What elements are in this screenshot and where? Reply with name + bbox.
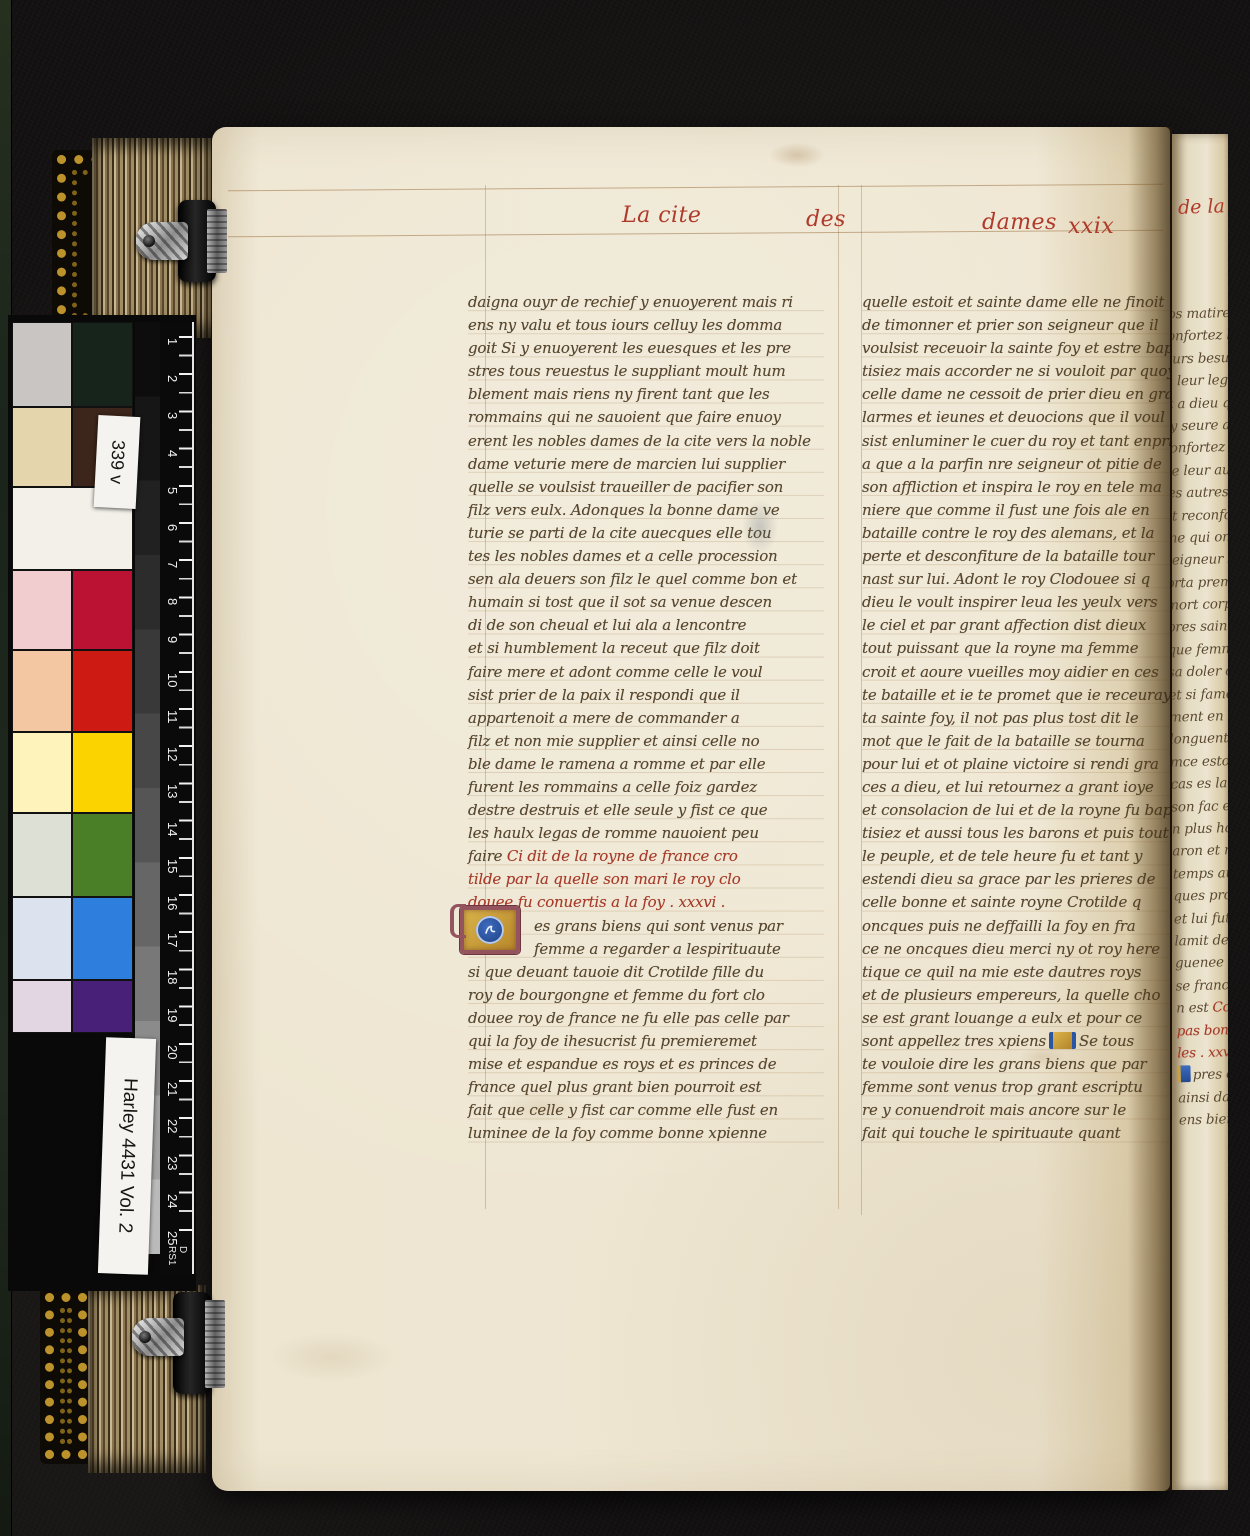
decorated-initial-D <box>460 906 520 954</box>
recto-fragment-line: n est Contre ce <box>1176 995 1228 1020</box>
binder-clip-top-plate <box>207 209 227 273</box>
ruler-number: 9 <box>165 636 179 643</box>
recto-fragment-line: ne leur autre si le <box>1172 457 1228 482</box>
inline-decorated-initial <box>1049 1032 1076 1049</box>
recto-fragment-line: ainsi dame <box>1178 1084 1228 1109</box>
recto-fragment-line: la leur legendes tu <box>1172 368 1228 393</box>
ruler-number: 23 <box>165 1156 179 1170</box>
manuscript-line: a que a la parfin nre seigneur ot pitie … <box>862 453 1170 476</box>
manuscript-line: destre destruis et elle seule y fist ce … <box>468 799 824 822</box>
manuscript-line: re y conuendroit mais ancore sur le <box>862 1099 1170 1122</box>
manuscript-line: tisiez mais accorder ne si vouloit par q… <box>862 360 1170 383</box>
ruler-ticks <box>179 336 192 1242</box>
text-column-right: quelle estoit et sainte dame elle ne fin… <box>862 291 1170 1153</box>
manuscript-line: te bataille et ie te promet que ie receu… <box>862 684 1170 707</box>
recto-decorated-initial <box>1178 1065 1191 1082</box>
ruler-number: 7 <box>165 561 179 568</box>
manuscript-line: france quel plus grant bien pourroit est <box>468 1076 824 1099</box>
manuscript-line: furent les rommains a celle foiz gardez <box>468 776 824 799</box>
ruler-number: 2 <box>165 375 179 382</box>
manuscript-line: et de plusieurs empereurs, la quelle cho <box>862 984 1170 1007</box>
manuscript-line: tisiez et aussi tous les barons et puis … <box>862 822 1170 845</box>
recto-fragment-line: et si fame et ce <box>1172 681 1228 706</box>
gold-tooled-cover-corner-bottom <box>40 1288 92 1464</box>
ruler-number: 16 <box>165 896 179 910</box>
manuscript-line: niere que comme il fust une fois ale en <box>862 499 1170 522</box>
manuscript-line: quelle estoit et sainte dame elle ne fin… <box>862 291 1170 314</box>
manuscript-line: voulsist receuoir la sainte foy et estre… <box>862 337 1170 360</box>
recto-fragment-line: st a dieu que tout <box>1172 390 1228 415</box>
recto-fragment-line: seigneur saint de <box>1172 547 1228 572</box>
manuscript-line: mot que le fait de la bataille se tourna <box>862 730 1170 753</box>
manuscript-line: tilde par la quelle son mari le roy clo <box>468 868 824 891</box>
recto-fragment-line: sa doler ordena q <box>1172 659 1228 684</box>
manuscript-line: celle dame ne cessoit de prier dieu en g… <box>862 383 1170 406</box>
manuscript-line: fait que celle y fist car comme elle fus… <box>468 1099 824 1122</box>
manuscript-line: fait qui touche le spirituaute quant <box>862 1122 1170 1145</box>
manuscript-line: luminee de la foy comme bonne xpienne <box>468 1122 824 1145</box>
manuscript-line: le peuple, et de tele heure fu et tant y <box>862 845 1170 868</box>
ruler-number: 6 <box>165 524 179 531</box>
manuscript-line: sont appellez tres xpiensSe tous <box>862 1030 1170 1053</box>
recto-text-fragments: nos matires si queconfortez hebergezleur… <box>1172 301 1228 1132</box>
color-swatch-pale <box>12 322 72 407</box>
initial-roundel <box>476 916 504 944</box>
recto-fragment-line: mce estoit cau <box>1172 748 1228 773</box>
recto-fragment-line: guenee visques a d <box>1175 950 1228 975</box>
manuscript-line: sist prier de la paix il respondi que il <box>468 684 824 707</box>
manuscript-line: goit Si y enuoyerent les euesques et les… <box>468 337 824 360</box>
manuscript-line: ces a dieu, et lui retournez a grant ioy… <box>862 776 1170 799</box>
ruler-number: 25 <box>165 1231 179 1245</box>
recto-fragment-line: mort corps et ceulx <box>1172 592 1228 617</box>
color-swatch-pale <box>12 813 72 897</box>
binder-clip-bottom-lever <box>132 1318 184 1356</box>
ruler-number: 24 <box>165 1194 179 1208</box>
manuscript-line: larmes et ieunes et deuocions que il vou… <box>862 406 1170 429</box>
manuscript-line: tique ce quil na mie este dautres roys <box>862 961 1170 984</box>
shelfmark-label: Harley 4431 Vol. 2 <box>98 1037 156 1275</box>
recto-page-edge: de la nos matires si queconfortez heberg… <box>1172 134 1228 1490</box>
recto-fragment-line: se france dagobert <box>1175 972 1228 997</box>
ruler-number: 22 <box>165 1119 179 1133</box>
shelfmark-label-text: Harley 4431 Vol. 2 <box>113 1078 140 1234</box>
color-swatch-pale <box>12 407 72 487</box>
manuscript-line: sist enluminer le cuer du roy et tant en… <box>862 430 1170 453</box>
calibration-ruler: 1234567891011121314151617181920212223242… <box>160 322 194 1274</box>
manuscript-line: si que deuant tauoie dit Crotilde fille … <box>468 961 824 984</box>
color-swatch-pale <box>12 732 72 813</box>
manuscript-line: humain si tost que il sot sa venue desce… <box>468 591 824 614</box>
ruler-number: 3 <box>165 412 179 419</box>
manuscript-line: ens ny valu et tous iours celluy les dom… <box>468 314 824 337</box>
recto-fragment-line: pres ces chos <box>1177 1062 1228 1087</box>
manuscript-line: roy de bourgongne et femme du fort clo <box>468 984 824 1007</box>
color-swatch-pale <box>12 980 72 1033</box>
manuscript-line: oncques puis ne deffailli la foy en fra <box>862 915 1170 938</box>
manuscript-line: son affliction et inspira le roy en tele… <box>862 476 1170 499</box>
recto-fragment-line: que femme car le <box>1172 636 1228 661</box>
manuscript-line: rommains qui ne sauoient que faire enuoy <box>468 406 824 429</box>
manuscript-line: qui la foy de ihesucrist fu premieremet <box>468 1030 824 1053</box>
recto-fragment-line: ens biens sont be <box>1179 1106 1228 1131</box>
recto-fragment-line: les . xxvb . <box>1177 1039 1228 1064</box>
binder-clip-top-lever <box>136 222 188 260</box>
manuscript-line: blement mais riens ny firent tant que le… <box>468 383 824 406</box>
recto-fragment-line: temps auenir fu <box>1173 860 1228 885</box>
manuscript-line: ble dame le ramena a romme et par elle <box>468 753 824 776</box>
running-header-word-4: xxix <box>1068 214 1114 239</box>
recto-fragment-line: ques prousdomes <box>1173 883 1228 908</box>
manuscript-line: femme a regarder a lespirituaute <box>534 938 824 961</box>
ruler-number: 5 <box>165 487 179 494</box>
color-swatch-saturated <box>72 322 133 407</box>
manuscript-line: nast sur lui. Adont le roy Clodouee si q <box>862 568 1170 591</box>
recto-fragment-line: confortez hebergez <box>1172 323 1228 348</box>
manuscript-line: quelle se voulsist traueiller de pacifie… <box>468 476 824 499</box>
running-header-word-1: La cite <box>622 203 701 228</box>
manuscript-line: croit et aoure vueilles moy aidier en ce… <box>862 661 1170 684</box>
manuscript-line: te vouloie dire les grans biens que par <box>862 1053 1170 1076</box>
manuscript-line: tout puissant que la royne ma femme <box>862 637 1170 660</box>
manuscript-line: douee roy de france ne fu elle pas celle… <box>468 1007 824 1030</box>
ruler-number: 11 <box>165 710 179 724</box>
recto-fragment-line: pas bon que fem <box>1176 1017 1228 1042</box>
binder-clip-bottom-plate <box>205 1300 225 1388</box>
recto-fragment-line: n plus honorablem <box>1172 815 1228 840</box>
manuscript-line: douee fu conuertis a la foy . xxxvi . <box>468 891 824 914</box>
recto-fragment-line: nos matires si que <box>1172 301 1228 326</box>
ruler-number: 19 <box>165 1008 179 1022</box>
manuscript-line: di de son cheual et lui ala a lencontre <box>468 614 824 637</box>
ruler-number: 13 <box>165 784 179 798</box>
manuscript-line: se est grant louange a eulx et pour ce <box>862 1007 1170 1030</box>
manuscript-line: turie se parti de la cite auecques elle … <box>468 522 824 545</box>
manuscript-line: et si humblement la receut que filz doit <box>468 637 824 660</box>
manuscript-line: appartenoit a mere de commander a <box>468 707 824 730</box>
recto-fragment-line: et lui fut premie <box>1174 905 1228 930</box>
manuscript-line: ce ne oncques dieu merci ny ot roy here <box>862 938 1170 961</box>
running-header-word-2: des <box>806 207 846 232</box>
color-swatch-saturated <box>72 813 133 897</box>
ruling-column-mid-left <box>838 185 839 1209</box>
manuscript-line: de timonner et prier son seigneur que il <box>862 314 1170 337</box>
folio-label-text: 339 v <box>105 439 128 484</box>
color-swatch-pale <box>12 650 72 732</box>
recto-fragment-line: aron et mist bn <box>1172 838 1228 863</box>
manuscript-line: dieu le voult inspirer leua les yeulx ve… <box>862 591 1170 614</box>
manuscript-line: mise et espandue es roys et es princes d… <box>468 1053 824 1076</box>
ruling-line-top <box>228 184 1163 192</box>
ruler-number: 14 <box>165 822 179 836</box>
recto-fragment-line: ment en vn sa <box>1172 704 1228 729</box>
ruler-number: 4 <box>165 450 179 457</box>
recto-fragment-line: longuent dieus b <box>1172 726 1228 751</box>
manuscript-line: celle bonne et sainte royne Crotilde q <box>862 891 1170 914</box>
ruler-number: 21 <box>165 1082 179 1096</box>
recto-running-header: de la <box>1178 195 1226 219</box>
ruler-number: 8 <box>165 598 179 605</box>
recto-fragment-line: et reconfortez par <box>1172 502 1228 527</box>
color-swatch-saturated <box>72 897 133 980</box>
folio-label: 339 v <box>94 415 141 509</box>
recto-fragment-line: me qui ont eu si g <box>1172 524 1228 549</box>
manuscript-line: femme sont venus trop grant escriptu <box>862 1076 1170 1099</box>
color-swatch-saturated <box>72 732 133 813</box>
ruler-number: 12 <box>165 747 179 761</box>
manuscript-line: faire mere et adont comme celle le voul <box>468 661 824 684</box>
ruler-number: 1 <box>165 338 179 345</box>
manuscript-line: et consolacion de lui et de la royne fu … <box>862 799 1170 822</box>
manuscript-line: filz et non mie supplier et ainsi celle … <box>468 730 824 753</box>
manuscript-line: pour lui et ot plaine victoire si rendi … <box>862 753 1170 776</box>
recto-fragment-line: pres saint rustin et <box>1172 614 1228 639</box>
manuscript-line: faire Ci dit de la royne de france cro <box>468 845 824 868</box>
manuscript-line: ta sainte foy, il not pas plus tost dit … <box>862 707 1170 730</box>
manuscript-line: estendi dieu sa grace par les prieres de <box>862 868 1170 891</box>
manuscript-photograph: La cite des dames xxix daigna ouyr de re… <box>0 0 1250 1536</box>
manuscript-line: erent les nobles dames de la cite vers l… <box>468 430 824 453</box>
text-column-left: daigna ouyr de rechief y enuoyerent mais… <box>468 291 824 1149</box>
recto-fragment-line: lamit de et ily ce f <box>1174 927 1228 952</box>
manuscript-line: daigna ouyr de rechief y enuoyerent mais… <box>468 291 824 314</box>
ruler-number: 15 <box>165 859 179 873</box>
manuscript-line: filz vers eulx. Adonques la bonne dame v… <box>468 499 824 522</box>
recto-fragment-line: les autres et mes <box>1172 480 1228 505</box>
ruler-number: 20 <box>165 1045 179 1059</box>
ruler-number: 17 <box>165 933 179 947</box>
ruler-number: 18 <box>165 970 179 984</box>
recto-fragment-line: ay seure aduerse <box>1172 413 1228 438</box>
color-swatch-pale <box>12 570 72 650</box>
recto-fragment-line: cas es la les fam <box>1172 771 1228 796</box>
color-swatch-saturated <box>72 570 133 650</box>
ruler-maker-mark: D RS1 <box>166 1246 188 1274</box>
manuscript-line: stres tous reuestus le suppliant moult h… <box>468 360 824 383</box>
manuscript-line: perte et desconfiture de la bataille tou… <box>862 545 1170 568</box>
manuscript-line: bataille contre le roy des alemans, et l… <box>862 522 1170 545</box>
color-swatch-saturated <box>72 980 133 1033</box>
manuscript-verso-page: La cite des dames xxix daigna ouyr de re… <box>212 127 1170 1491</box>
manuscript-line: tes les nobles dames et a celle processi… <box>468 545 824 568</box>
recto-fragment-line: son fac et enterr <box>1172 793 1228 818</box>
manuscript-line: es grans biens qui sont venus par <box>534 915 824 938</box>
color-swatch-pale <box>12 897 72 980</box>
manuscript-line: dame veturie mere de marcien lui supplie… <box>468 453 824 476</box>
manuscript-line: le ciel et par grant affection dist dieu… <box>862 614 1170 637</box>
ruler-number: 10 <box>165 673 179 687</box>
manuscript-line: les haulx legas de romme nauoient peu <box>468 822 824 845</box>
color-swatch-saturated <box>72 650 133 732</box>
recto-fragment-line: prta premier la foy <box>1172 569 1228 594</box>
recto-fragment-line: leurs besues bonnes <box>1172 345 1228 370</box>
manuscript-line: sen ala deuers son filz le quel comme bo… <box>468 568 824 591</box>
running-header-word-3: dames <box>982 210 1057 235</box>
recto-fragment-line: confortez par fem <box>1172 435 1228 460</box>
